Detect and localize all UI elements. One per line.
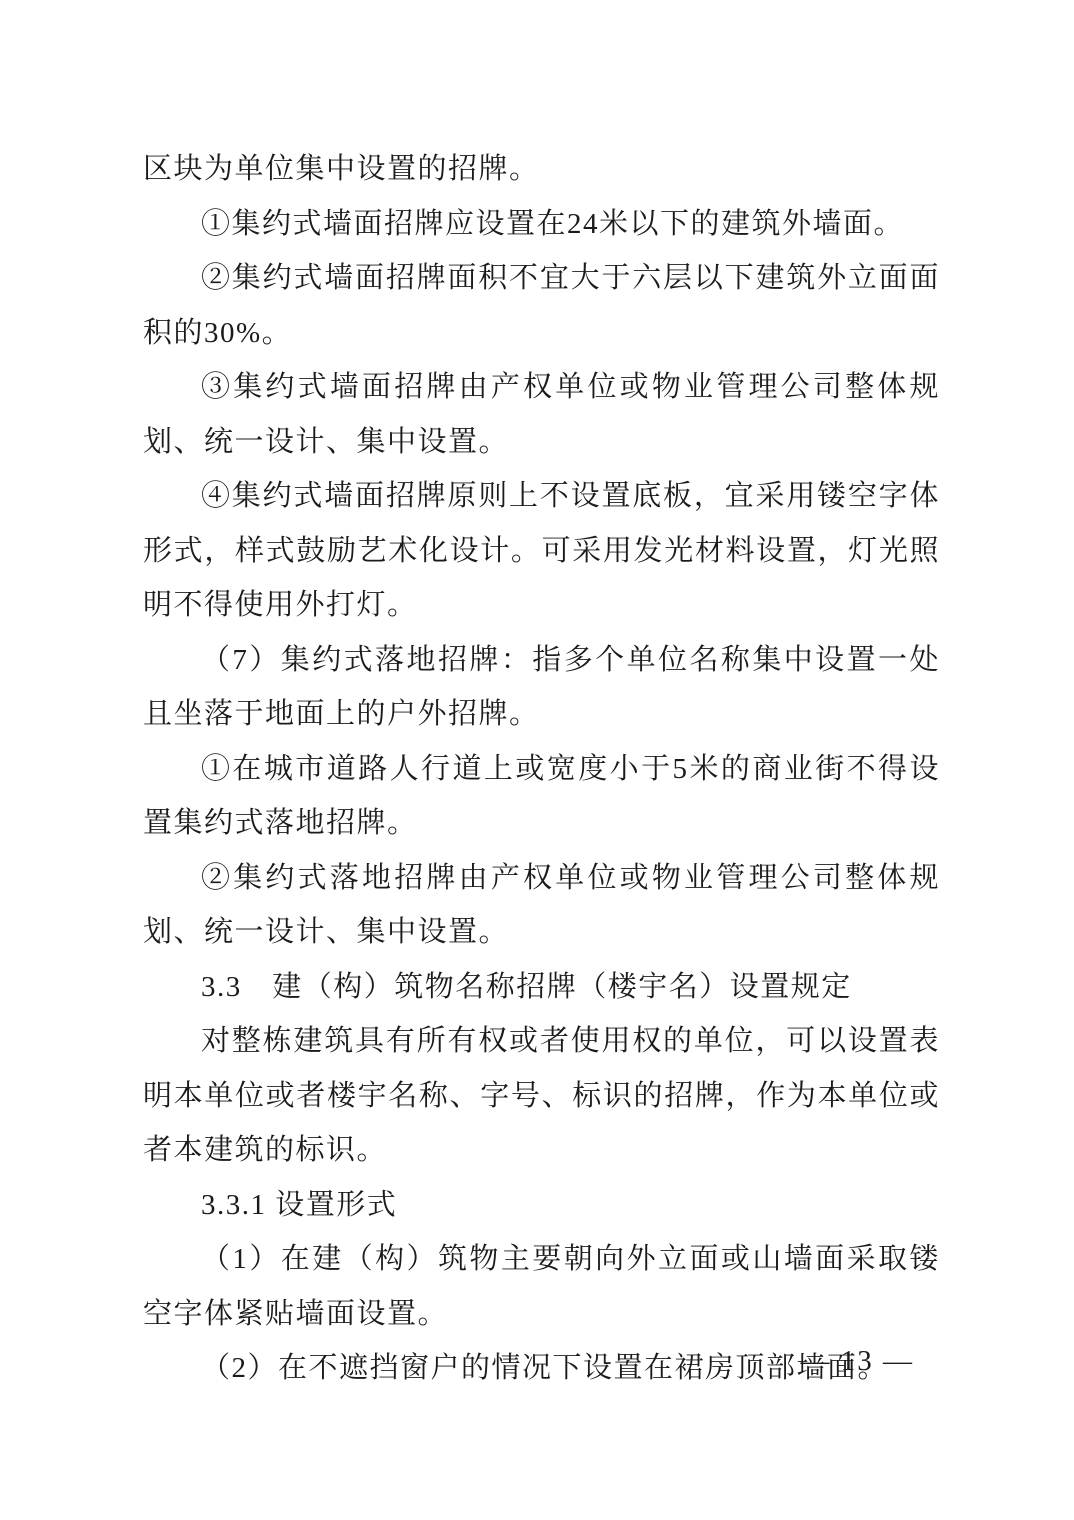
list-item-circled-1-wall: ①集约式墙面招牌应设置在24米以下的建筑外墙面。 [143,197,940,252]
list-item-circled-3-wall: ③集约式墙面招牌由产权单位或物业管理公司整体规划、统一设计、集中设置。 [143,360,940,469]
paragraph-continuation: 区块为单位集中设置的招牌。 [143,142,940,197]
list-item-circled-4-wall: ④集约式墙面招牌原则上不设置底板，宜采用镂空字体形式，样式鼓励艺术化设计。可采用… [143,469,940,633]
section-heading-3-3: 3.3 建（构）筑物名称招牌（楼宇名）设置规定 [143,960,940,1015]
document-page: 区块为单位集中设置的招牌。 ①集约式墙面招牌应设置在24米以下的建筑外墙面。 ②… [0,0,1074,1520]
paragraph-building-rights: 对整栋建筑具有所有权或者使用权的单位，可以设置表明本单位或者楼宇名称、字号、标识… [143,1014,940,1178]
page-number: — 13 — [801,1341,915,1381]
list-item-circled-2-ground: ②集约式落地招牌由产权单位或物业管理公司整体规划、统一设计、集中设置。 [143,851,940,960]
page-body: 区块为单位集中设置的招牌。 ①集约式墙面招牌应设置在24米以下的建筑外墙面。 ②… [143,142,940,1396]
list-item-circled-2-wall: ②集约式墙面招牌面积不宜大于六层以下建筑外立面面积的30%。 [143,251,940,360]
list-item-circled-1-ground: ①在城市道路人行道上或宽度小于5米的商业街不得设置集约式落地招牌。 [143,742,940,851]
section-heading-3-3-1: 3.3.1 设置形式 [143,1178,940,1233]
list-item-1-setup-form: （1）在建（构）筑物主要朝向外立面或山墙面采取镂空字体紧贴墙面设置。 [143,1232,940,1341]
list-item-7-ground-sign: （7）集约式落地招牌：指多个单位名称集中设置一处且坐落于地面上的户外招牌。 [143,633,940,742]
